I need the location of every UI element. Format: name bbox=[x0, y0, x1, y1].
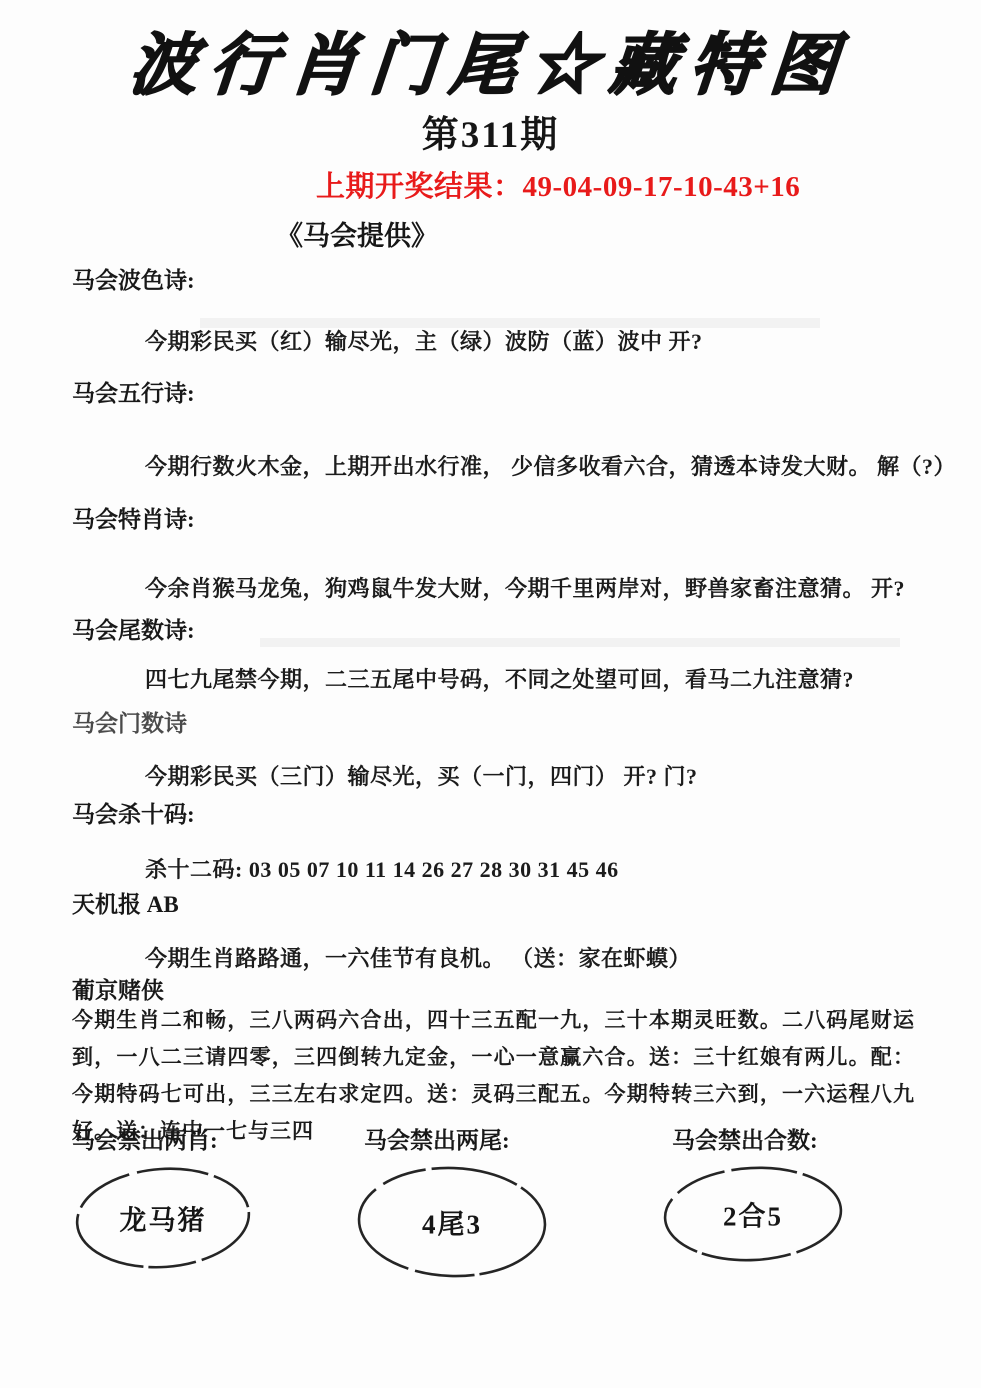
lottery-tip-sheet: 波行肖门尾☆藏特图 第311期 上期开奖结果：49-04-09-17-10-43… bbox=[0, 0, 981, 1388]
poem-texiao: 今余肖猴马龙兔，狗鸡鼠牛发大财，今期千里两岸对，野兽家畜注意猜。 开? bbox=[145, 572, 905, 603]
poem-tianjibao: 今期生肖路路通，一六佳节有良机。 （送：家在虾蟆） bbox=[145, 942, 691, 973]
section-heading-pujing: 葡京赌侠 bbox=[72, 972, 164, 1005]
ban-value-zodiac: 龙马猪 bbox=[120, 1199, 207, 1238]
section-heading-bose: 马会波色诗: bbox=[72, 262, 195, 295]
section-heading-shashima: 马会杀十码: bbox=[72, 796, 195, 829]
scan-streak bbox=[260, 638, 900, 647]
issue-number: 第311期 bbox=[0, 104, 981, 158]
section-heading-tianjibao: 天机报 AB bbox=[72, 886, 179, 919]
section-heading-menshu: 马会门数诗 bbox=[72, 705, 187, 738]
ban-heading-zodiac: 马会禁出两肖: bbox=[72, 1122, 218, 1155]
ban-circles: 龙马猪 4尾3 2合5 bbox=[0, 1158, 981, 1298]
section-heading-texiao: 马会特肖诗: bbox=[72, 501, 195, 534]
sheet-title: 波行肖门尾☆藏特图 bbox=[0, 12, 981, 108]
section-heading-weishu: 马会尾数诗: bbox=[72, 612, 195, 645]
poem-menshu: 今期彩民买（三门）输尽光，买（一门，四门） 开? 门? bbox=[145, 760, 698, 791]
ban-heading-sum: 马会禁出合数: bbox=[672, 1122, 818, 1155]
last-draw-result: 上期开奖结果：49-04-09-17-10-43+16 bbox=[316, 164, 800, 205]
ban-value-sum: 2合5 bbox=[723, 1195, 783, 1234]
kill-codes-line: 杀十二码: 03 05 07 10 11 14 26 27 28 30 31 4… bbox=[145, 853, 619, 884]
poem-wuxing: 今期行数火木金，上期开出水行准， 少信多收看六合，猜透本诗发大财。 解（?） bbox=[145, 450, 956, 481]
poem-weishu: 四七九尾禁今期，二三五尾中号码，不同之处望可回，看马二九注意猜? bbox=[145, 663, 854, 694]
poem-bose: 今期彩民买（红）输尽光，主（绿）波防（蓝）波中 开? bbox=[145, 325, 703, 356]
ban-value-tail: 4尾3 bbox=[422, 1203, 482, 1242]
section-heading-wuxing: 马会五行诗: bbox=[72, 375, 195, 408]
ban-heading-tail: 马会禁出两尾: bbox=[364, 1122, 510, 1155]
provider-label: 《马会提供》 bbox=[276, 214, 438, 253]
